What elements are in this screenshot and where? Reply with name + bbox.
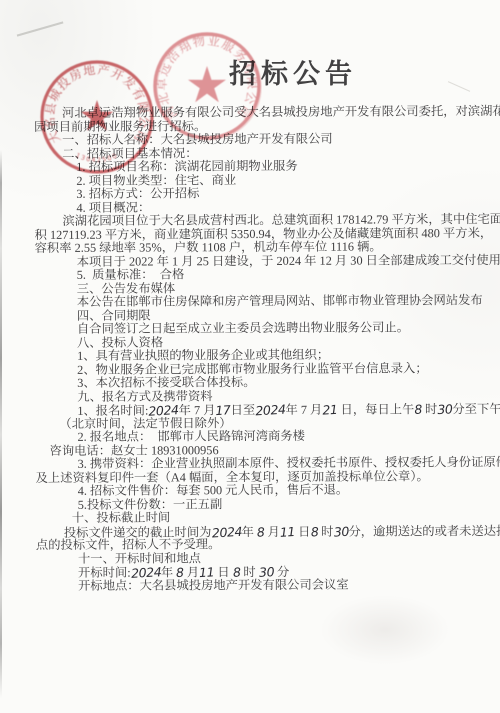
printed-text: 分，逾期送达的或者未送达指定地 [348,523,500,538]
handwritten-text: 30 [333,524,349,538]
printed-text: 4. 项目概况： [76,200,150,214]
printed-text: 3. 招标方式：公开招标 [76,186,199,201]
handwritten-text: 30 [258,565,274,579]
handwritten-text: 8 [176,566,184,580]
printed-text: 十、投标截止时间 [72,510,170,524]
handwritten-text: 11 [199,565,215,579]
printed-text: 日 [295,524,310,538]
seal-star-icon [188,66,226,102]
handwritten-text: 8 [232,565,240,579]
handwritten-text: 2024 [255,403,286,418]
printed-text: 四、合同期限 [77,308,151,322]
printed-text: 日至 [231,403,256,417]
document-line: 1、报名时间:2024年 7 月17日至2024年 7 月21 日，每日上午8 … [77,402,497,417]
printed-text: 点的投标文件，招标人不予受理。 [36,537,221,552]
document-line: 投标文件递交的截止时间为2024年 8 月11 日8 时30分，逾期送达的或者未… [64,523,498,538]
buyer-company-seal: 大名县城投房地产开发有限公司 13042500 [39,59,155,175]
printed-text: 自合同签订之日起至成立业主委员会选聘出物业服务公司止。 [77,320,409,335]
printed-text: 3、本次招标不接受联合体投标。 [77,375,255,390]
printed-text: 开标地点：大名县城投房地产开发有限公司会议室 [78,577,349,592]
printed-text: 2. 报名地点： 邯郸市人民路锦河湾商务楼 [77,429,305,444]
svg-text:13042500: 13042500 [75,152,120,164]
printed-text: 5. 质量标准： 合格 [77,267,185,281]
agent-company-seal: 河北卓远浩翔物业服务有限公司 [152,31,262,141]
handwritten-text: 21 [322,403,338,417]
printed-text: 三、公告发布媒体 [77,281,175,295]
printed-text: 本公告在邯郸市住房保障和房产管理局网站、邯郸市物业管理协会网站发布 [77,293,483,309]
handwritten-text: 8 [257,525,265,539]
printed-text: 年 7 月 [285,403,322,417]
seal-code-text: 13042500 [75,152,120,164]
seal-star-icon [81,100,113,131]
handwritten-text: 8 [310,525,318,539]
printed-text: 九、报名方式及携带资料 [77,389,212,404]
printed-text: 4. 招标文件售价：每套 500 元人民币，售后不退。 [78,483,349,498]
printed-text: 本项目于 2022 年 1 月 25 日建设，于 2024 年 12 月 30 … [77,252,500,268]
scan-edge-artifact [0,150,2,698]
handwritten-text: 8 [414,403,422,417]
printed-text: 十一、开标时间和地点 [78,551,201,566]
printed-text: 分至下午 [452,402,500,416]
scan-smudge-artifact [320,595,450,665]
printed-text: 咨询电话：赵女士 18931000956 [49,443,218,458]
printed-text: 年 [242,525,257,539]
printed-text: 日，每日上午 [337,402,414,416]
document-body: 河北卓远浩翔物业服务有限公司受大名县城投房地产开发有限公司委托，对滨湖花园项目前… [34,105,498,593]
handwritten-text: 30 [437,402,453,416]
handwritten-text: 2024 [130,565,161,580]
printed-text: 及上述资料复印件一套（A4 幅面，全本复印，逐页加盖投标单位公章）。 [36,469,429,485]
printed-text: （北京时间，法定节假日除外） [59,416,231,431]
printed-text: 八、投标人资格 [77,335,163,349]
printed-text: 5.投标文件份数：一正五副 [78,497,223,512]
printed-text: 时 [422,402,437,416]
document-line: 本公告在邯郸市住房保障和房产管理局网站、邯郸市物业管理协会网站发布 [77,294,497,309]
printed-text: 时 [318,524,333,538]
document-line: 本项目于 2022 年 1 月 25 日建设，于 2024 年 12 月 30 … [77,253,497,268]
handwritten-text: 11 [280,524,296,538]
printed-text: 2、物业服务企业已完成邯郸市物业服务行业监管平台信息录入； [77,361,428,377]
handwritten-text: 2024 [211,524,242,539]
printed-text: 月 [265,524,280,538]
handwritten-text: 2024 [148,403,179,418]
handwritten-text: 17 [215,403,231,417]
